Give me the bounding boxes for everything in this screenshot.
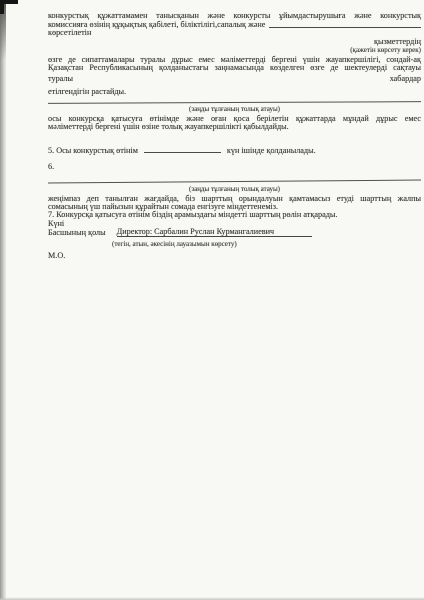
separator-line-1 — [48, 101, 421, 104]
item5-line: 5. Осы конкурстық өтінімкүн ішінде қолда… — [48, 145, 421, 155]
item6-line: 6. — [48, 163, 421, 171]
para1-right-word: қызметтердің — [48, 38, 421, 46]
signature-hint: (тегін, атын, әкесінің лауазымын көрсету… — [112, 241, 421, 248]
scan-corner-mark-vertical — [0, 0, 4, 14]
section1-line2: мәліметтерді бергені үшін өзіне толық жа… — [48, 123, 421, 131]
stamp-label: М.О. — [48, 252, 421, 260]
item5-suffix: күн ішінде қолданылады. — [227, 146, 316, 155]
signature-value: Директор: Сарбалин Руслан Курмангалиевич — [117, 228, 313, 237]
para1-line6: туралы хабардар — [48, 75, 421, 83]
para1-line6-right: хабардар — [390, 75, 421, 83]
signature-row: Басшының қолы Директор: Сарбалин Руслан … — [48, 228, 421, 237]
para1-line2: комиссияға өзінің құқықтық қабілеті, біл… — [48, 21, 421, 29]
scanned-document-page: конкурстық құжаттамамен танысқанын және … — [0, 0, 424, 600]
scan-edge-left — [0, 0, 6, 600]
separator-line-2 — [48, 180, 421, 184]
signature-label: Басшының қолы — [48, 229, 106, 237]
fill-in-blank — [269, 27, 421, 28]
para1-line7: етілгендігін растайды. — [48, 88, 421, 96]
field-caption-entity-name-1: (заңды тұлғаның толық атауы) — [48, 106, 421, 113]
field-caption-entity-name-2: (заңды тұлғаның толық атауы) — [48, 186, 421, 193]
fill-in-blank-days — [144, 145, 221, 153]
item5-prefix: 5. Осы конкурстық өтінім — [48, 146, 138, 155]
para1-line6-left: туралы — [48, 75, 73, 83]
item7-line: 7. Конкурсқа қатысуға өтінім біздің арам… — [48, 211, 421, 219]
para1-line5: Қазақстан Республикасының қолданыстағы з… — [48, 64, 421, 72]
para1-line3: көрсетілетін — [48, 29, 421, 37]
field-caption-required: (қажетін көрсету керек) — [48, 47, 421, 54]
document-content: конкурстық құжаттамамен танысқанын және … — [48, 0, 421, 600]
